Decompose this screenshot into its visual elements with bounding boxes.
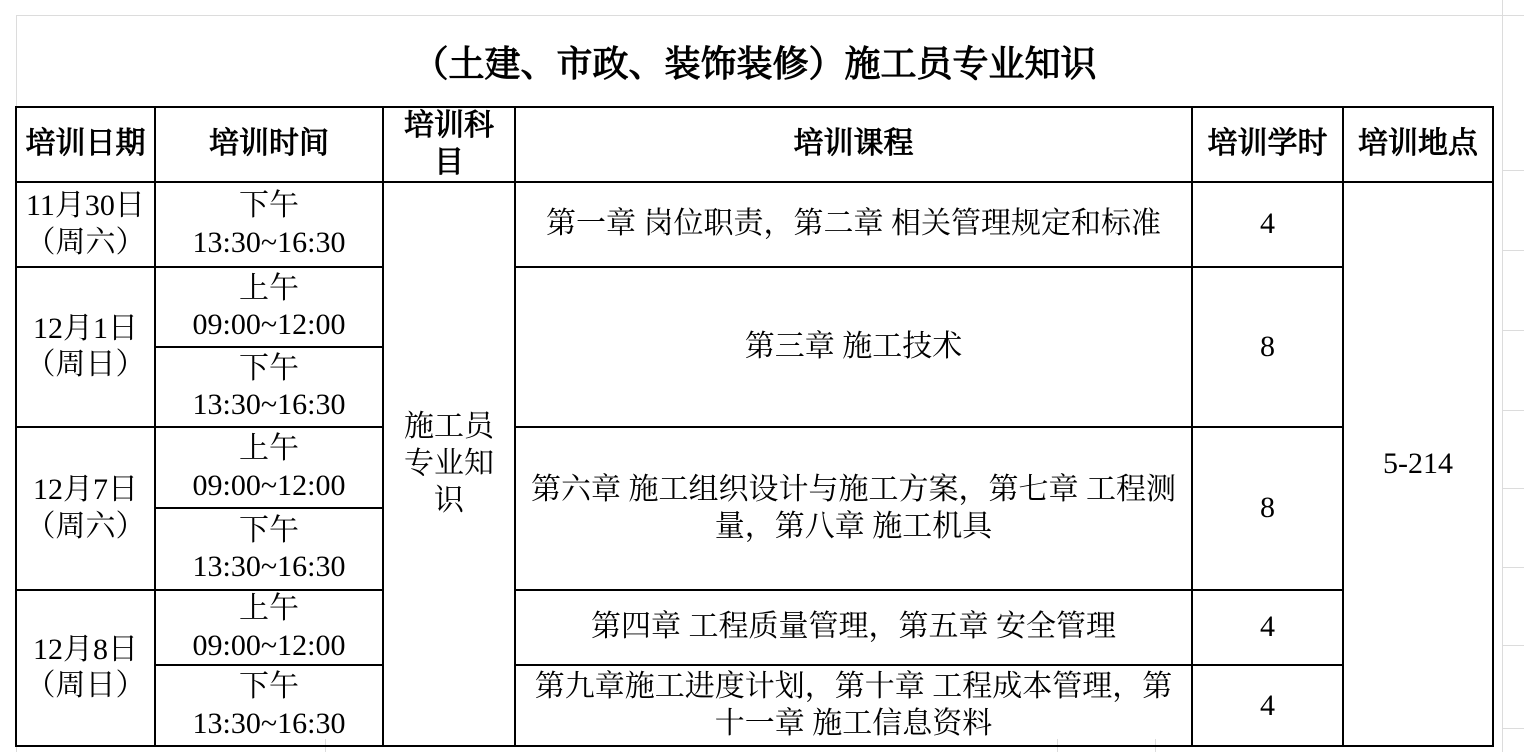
date-line1: 12月8日 <box>25 632 146 669</box>
header-cell-training-date: 培训日期 <box>16 107 155 182</box>
header-cell-training-course: 培训课程 <box>515 107 1192 182</box>
gridline-right-stub <box>1503 410 1524 411</box>
time-period: 下午 <box>164 513 374 550</box>
hours-cell: 4 <box>1192 182 1343 267</box>
time-cell: 下午 13:30~16:30 <box>155 665 383 746</box>
time-range: 09:00~12:00 <box>164 628 374 665</box>
date-cell: 12月7日 （周六） <box>16 427 155 590</box>
date-line1: 11月30日 <box>25 188 146 225</box>
hours-cell: 4 <box>1192 665 1343 746</box>
hours-cell: 4 <box>1192 590 1343 665</box>
gridline-right-stub <box>1503 250 1524 251</box>
gridline-right-stub <box>1503 567 1524 568</box>
time-range: 09:00~12:00 <box>164 468 374 505</box>
date-cell: 12月1日 （周日） <box>16 267 155 427</box>
hours-cell: 8 <box>1192 267 1343 427</box>
time-range: 09:00~12:00 <box>164 307 374 344</box>
gridline-right-column <box>1502 0 1503 752</box>
date-line2: （周日） <box>25 347 146 384</box>
schedule-table: 培训日期 培训时间 培训科目 培训课程 培训学时 培训地点 11月30日 （周六… <box>15 106 1494 747</box>
time-range: 13:30~16:30 <box>164 225 374 262</box>
course-cell: 第三章 施工技术 <box>515 267 1192 427</box>
time-period: 上午 <box>164 591 374 628</box>
date-cell: 12月8日 （周日） <box>16 590 155 746</box>
date-line2: （周六） <box>25 225 146 262</box>
time-period: 下午 <box>164 669 374 706</box>
date-cell: 11月30日 （周六） <box>16 182 155 267</box>
time-cell: 下午 13:30~16:30 <box>155 347 383 427</box>
header-cell-training-subject: 培训科目 <box>383 107 515 182</box>
gridline-right-stub <box>1503 330 1524 331</box>
gridline-right-stub <box>1503 728 1524 729</box>
gridline-right-stub <box>1503 170 1524 171</box>
header-cell-training-hours: 培训学时 <box>1192 107 1343 182</box>
time-cell: 上午 09:00~12:00 <box>155 590 383 665</box>
date-line2: （周六） <box>25 509 146 546</box>
table-row: 12月8日 （周日） 上午 09:00~12:00 第四章 工程质量管理，第五章… <box>16 590 1493 665</box>
time-period: 下午 <box>164 351 374 388</box>
time-cell: 上午 09:00~12:00 <box>155 267 383 347</box>
page-title: （土建、市政、装饰装修）施工员专业知识 <box>16 16 1493 106</box>
header-cell-training-time: 培训时间 <box>155 107 383 182</box>
course-cell: 第六章 施工组织设计与施工方案，第七章 工程测量，第八章 施工机具 <box>515 427 1192 590</box>
gridline-right-stub <box>1503 645 1524 646</box>
table-row: 下午 13:30~16:30 第九章施工进度计划，第十章 工程成本管理，第十一章… <box>16 665 1493 746</box>
table-row: 12月7日 （周六） 上午 09:00~12:00 第六章 施工组织设计与施工方… <box>16 427 1493 508</box>
location-cell: 5-214 <box>1343 182 1493 746</box>
header-row: 培训日期 培训时间 培训科目 培训课程 培训学时 培训地点 <box>16 107 1493 182</box>
gridline-right-stub <box>1503 488 1524 489</box>
time-range: 13:30~16:30 <box>164 387 374 424</box>
time-range: 13:30~16:30 <box>164 706 374 743</box>
time-period: 上午 <box>164 431 374 468</box>
date-line1: 12月7日 <box>25 472 146 509</box>
spreadsheet-canvas: （土建、市政、装饰装修）施工员专业知识 培训日期 培训时间 培训科目 培训课程 … <box>0 0 1524 752</box>
time-cell: 上午 09:00~12:00 <box>155 427 383 508</box>
time-period: 下午 <box>164 188 374 225</box>
course-cell: 第九章施工进度计划，第十章 工程成本管理，第十一章 施工信息资料 <box>515 665 1192 746</box>
time-range: 13:30~16:30 <box>164 549 374 586</box>
table-row: 11月30日 （周六） 下午 13:30~16:30 施工员专业知识 第一章 岗… <box>16 182 1493 267</box>
date-line2: （周日） <box>25 668 146 705</box>
course-cell: 第一章 岗位职责，第二章 相关管理规定和标准 <box>515 182 1192 267</box>
time-cell: 下午 13:30~16:30 <box>155 182 383 267</box>
hours-cell: 8 <box>1192 427 1343 590</box>
header-cell-training-location: 培训地点 <box>1343 107 1493 182</box>
date-line1: 12月1日 <box>25 311 146 348</box>
subject-cell: 施工员专业知识 <box>383 182 515 746</box>
time-cell: 下午 13:30~16:30 <box>155 508 383 590</box>
time-period: 上午 <box>164 271 374 308</box>
course-cell: 第四章 工程质量管理，第五章 安全管理 <box>515 590 1192 665</box>
table-row: 12月1日 （周日） 上午 09:00~12:00 第三章 施工技术 8 <box>16 267 1493 347</box>
